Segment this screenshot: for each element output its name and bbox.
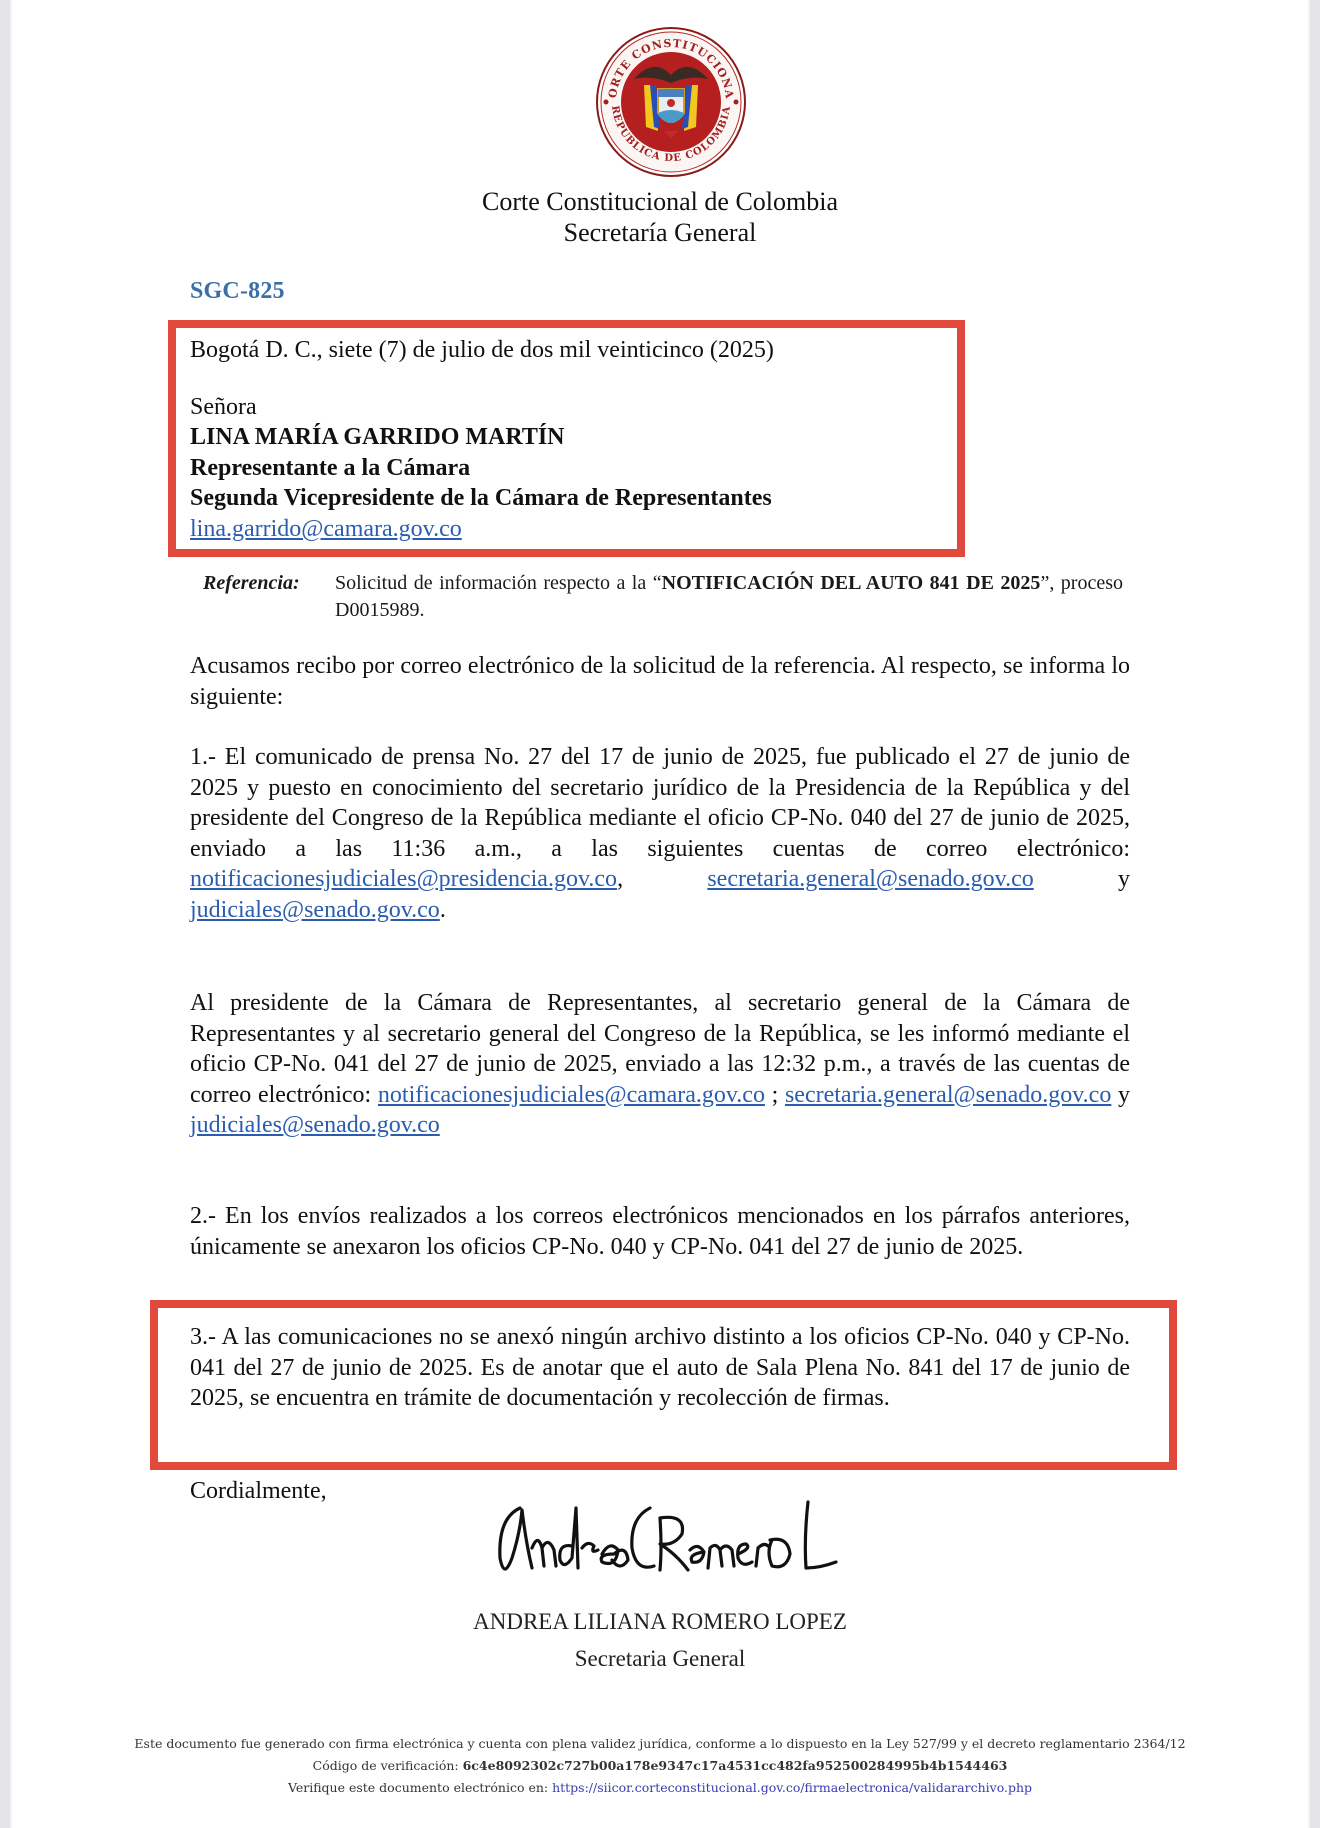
date-line: Bogotá D. C., siete (7) de julio de dos … xyxy=(190,335,774,366)
reference-label: Referencia: xyxy=(203,570,335,624)
salutation: Señora xyxy=(190,392,257,423)
document-page: CORTE CONSTITUCIONAL REPUBLICA DE COLOMB… xyxy=(12,0,1308,1828)
paragraph-3: 2.- En los envíos realizados a los corre… xyxy=(190,1201,1130,1262)
intro-paragraph: Acusamos recibo por correo electrónico d… xyxy=(190,651,1130,712)
reference-section: Referencia: Solicitud de información res… xyxy=(203,570,1123,624)
footer-verify-line: Verifique este documento electrónico en:… xyxy=(0,1777,1320,1799)
reference-code: SGC-825 xyxy=(190,278,285,305)
paragraph-1: 1.- El comunicado de prensa No. 27 del 1… xyxy=(190,742,1130,925)
recipient-role-2: Segunda Vicepresidente de la Cámara de R… xyxy=(190,483,772,514)
verification-code-value: 6c4e8092302c727b00a178e9347c17a4531cc482… xyxy=(463,1758,1008,1773)
recipient-name: LINA MARÍA GARRIDO MARTÍN xyxy=(190,422,565,453)
email-link-secretaria-senado-2[interactable]: secretaria.general@senado.gov.co xyxy=(785,1082,1111,1108)
signer-name: ANDREA LILIANA ROMERO LOPEZ xyxy=(0,1609,1320,1635)
email-link-secretaria-senado[interactable]: secretaria.general@senado.gov.co xyxy=(707,866,1033,892)
email-link-presidencia[interactable]: notificacionesjudiciales@presidencia.gov… xyxy=(190,866,617,892)
handwritten-signature-icon xyxy=(490,1488,850,1588)
corte-constitucional-seal-icon: CORTE CONSTITUCIONAL REPUBLICA DE COLOMB… xyxy=(594,27,748,177)
email-link-judiciales-senado[interactable]: judiciales@senado.gov.co xyxy=(190,897,440,923)
email-link-judiciales-senado-2[interactable]: judiciales@senado.gov.co xyxy=(190,1112,440,1138)
email-link-camara[interactable]: notificacionesjudiciales@camara.gov.co xyxy=(378,1082,765,1108)
farewell: Cordialmente, xyxy=(190,1476,327,1507)
paragraph-4: 3.- A las comunicaciones no se anexó nin… xyxy=(190,1322,1130,1414)
verify-url-link[interactable]: https://siicor.corteconstitucional.gov.c… xyxy=(552,1780,1032,1795)
footer-legal-note: Este documento fue generado con firma el… xyxy=(0,1733,1320,1755)
recipient-role: Representante a la Cámara xyxy=(190,453,470,484)
court-name: Corte Constitucional de Colombia xyxy=(0,187,1320,217)
signer-role: Secretaria General xyxy=(0,1646,1320,1672)
department-name: Secretaría General xyxy=(0,218,1320,248)
footer-verification-code: Código de verificación: 6c4e8092302c727b… xyxy=(0,1755,1320,1777)
reference-text: Solicitud de información respecto a la “… xyxy=(335,570,1123,624)
paragraph-2: Al presidente de la Cámara de Representa… xyxy=(190,988,1130,1141)
recipient-email-link[interactable]: lina.garrido@camara.gov.co xyxy=(190,516,462,542)
